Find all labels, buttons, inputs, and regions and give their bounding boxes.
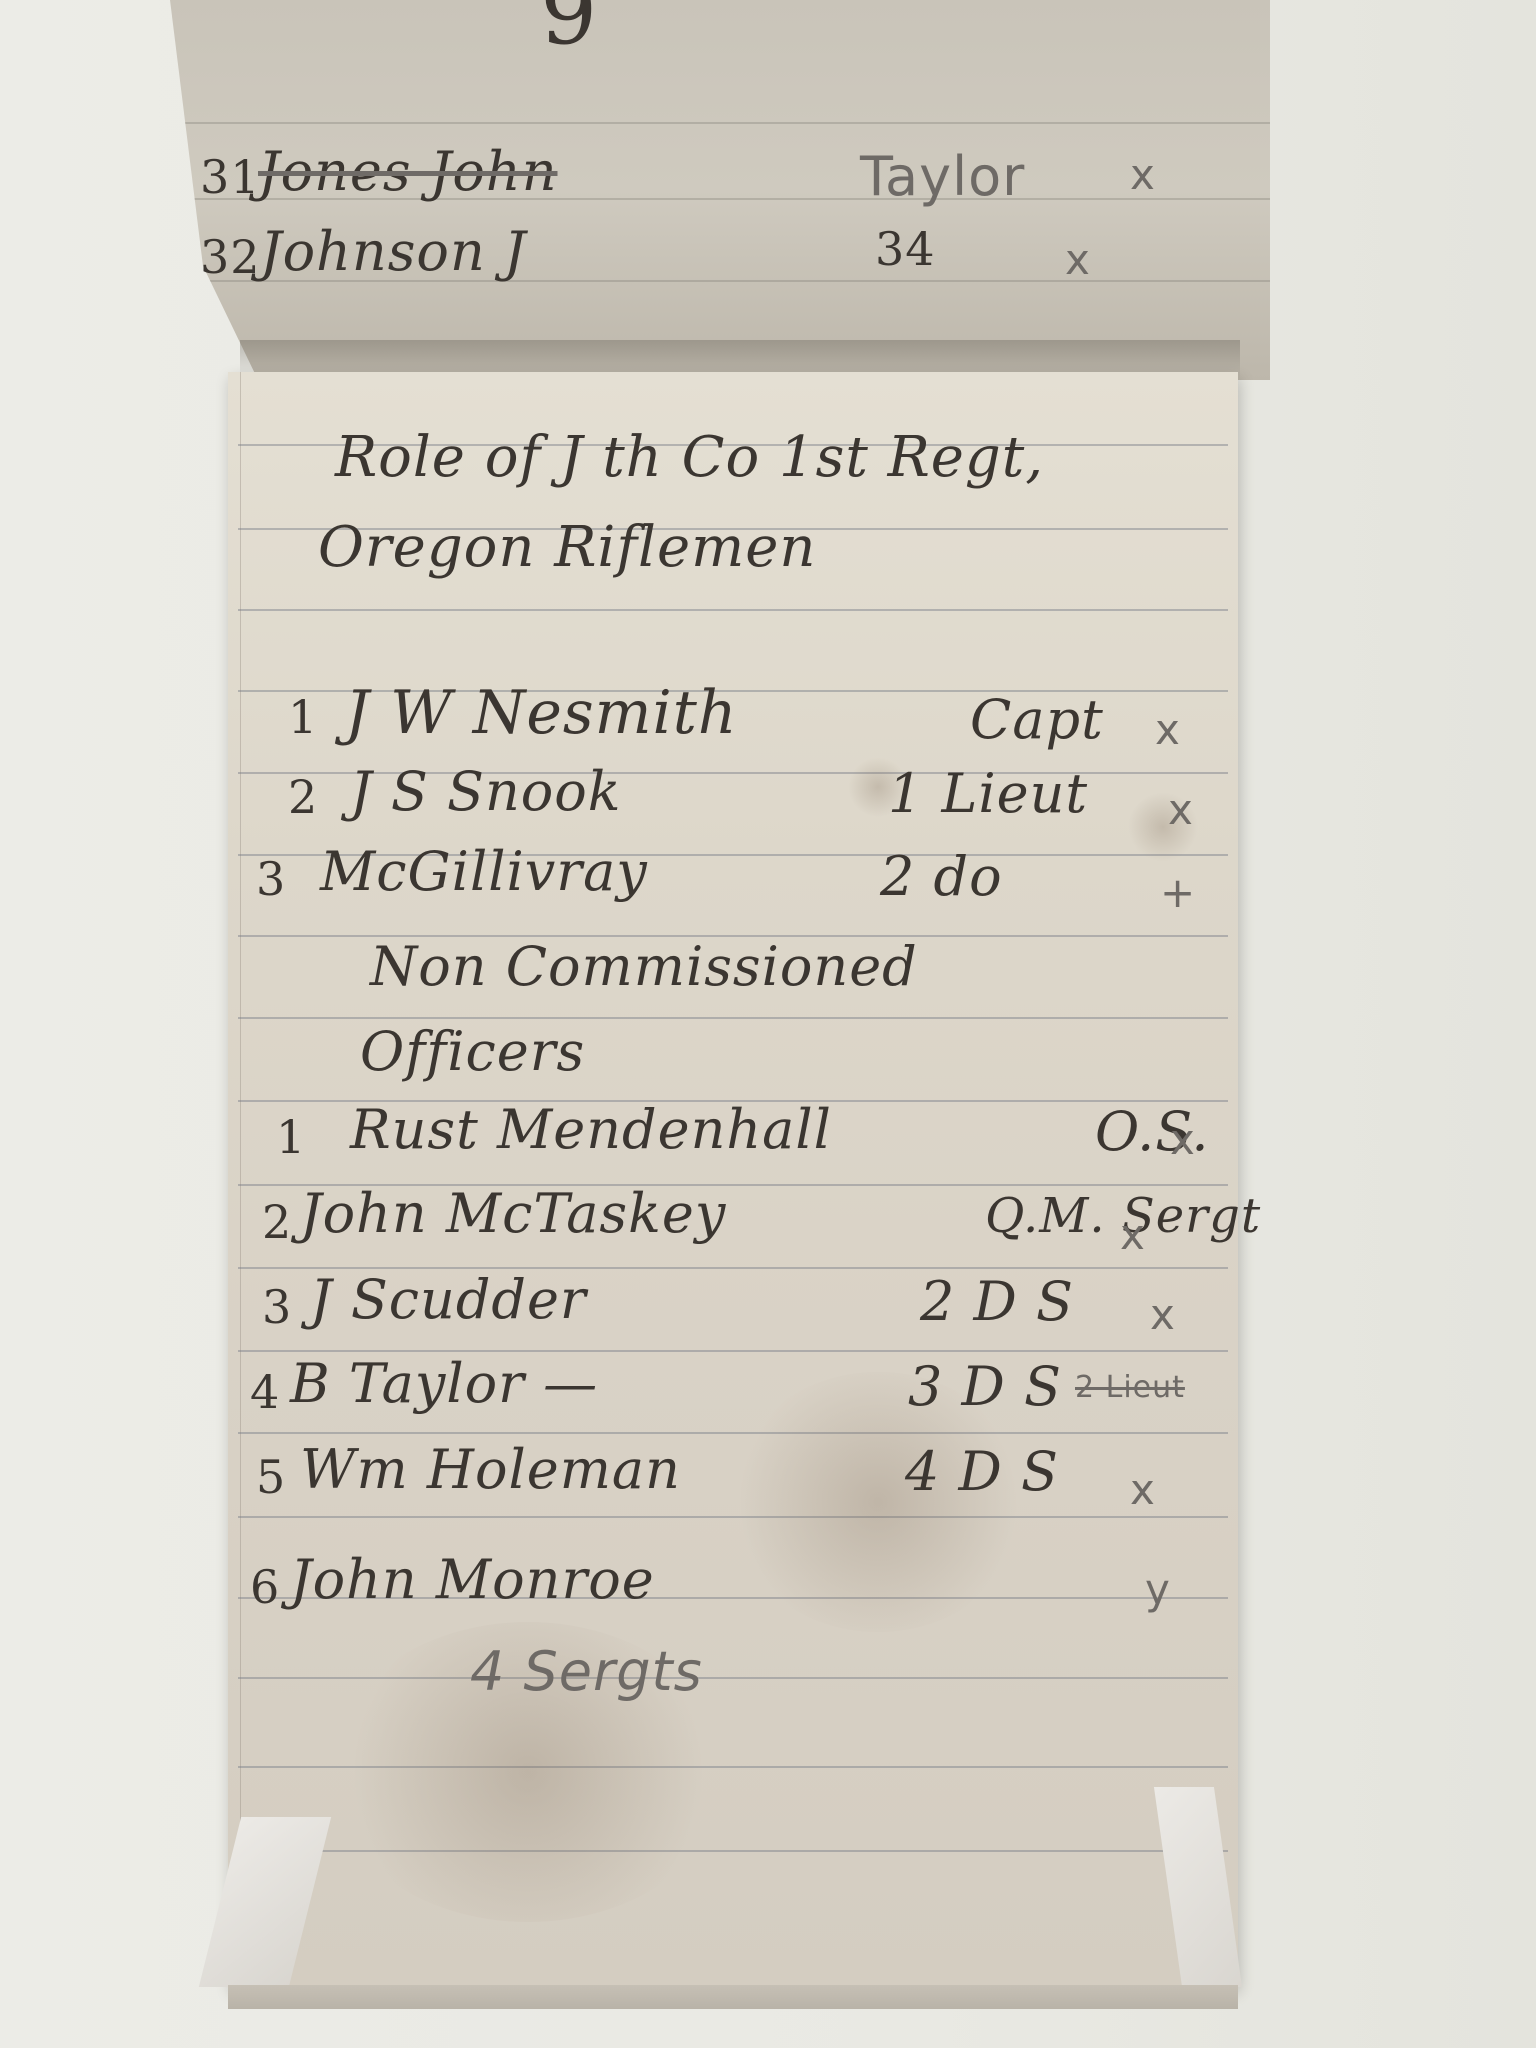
roll-page [228, 372, 1238, 1987]
nco-number: 3 [262, 1280, 292, 1334]
nco-number: 2 [262, 1195, 292, 1249]
ruled-line [170, 122, 1270, 124]
ruled-line [238, 609, 1228, 611]
nco-name: Wm Holeman [300, 1438, 681, 1501]
entry-rank: 34 [875, 222, 936, 276]
entry-number: 31 [200, 150, 261, 204]
nco-name: John McTaskey [300, 1182, 726, 1245]
nco-mark: x [1170, 1115, 1196, 1164]
nco-name: B Taylor — [290, 1352, 598, 1415]
sergeant-count-note: 4 Sergts [470, 1640, 703, 1703]
nco-rank: 3 D S [908, 1355, 1062, 1418]
entry-name: Jones John [258, 140, 558, 203]
entry-number: 32 [200, 230, 261, 284]
nco-number: 1 [276, 1110, 306, 1164]
roll-title-line1: Role of J th Co 1st Regt, [335, 425, 1044, 490]
officer-number: 1 [288, 690, 318, 744]
entry-name: Johnson J [260, 220, 527, 283]
section-heading-line2: Officers [360, 1020, 585, 1083]
nco-name: John Monroe [290, 1548, 655, 1611]
ruled-line [238, 1432, 1228, 1434]
officer-mark: x [1168, 785, 1194, 834]
entry-mark: x [1065, 235, 1091, 284]
ruled-line [238, 1017, 1228, 1019]
nco-mark: y [1145, 1565, 1171, 1614]
nco-rank: 2 D S [920, 1270, 1074, 1333]
nco-mark: x [1130, 1465, 1156, 1514]
officer-rank: 1 Lieut [888, 762, 1088, 825]
folded-corner [199, 1817, 331, 1987]
officer-rank: Capt [970, 688, 1104, 751]
section-heading-line1: Non Commissioned [370, 935, 918, 998]
nco-mark: x [1150, 1290, 1176, 1339]
nco-number: 4 [250, 1365, 280, 1419]
officer-name: J S Snook [350, 760, 622, 823]
entry-mark: x [1130, 150, 1156, 199]
officer-mark: x [1155, 705, 1181, 754]
nco-number: 5 [256, 1450, 286, 1504]
page-stack-edge [228, 1985, 1238, 2009]
officer-number: 2 [288, 770, 318, 824]
nco-mark-struck: 2 Lieut [1075, 1370, 1185, 1405]
nco-rank: 4 D S [905, 1440, 1059, 1503]
officer-rank: 2 do [880, 845, 1003, 908]
nco-name: Rust Mendenhall [350, 1098, 832, 1161]
officer-name: J W Nesmith [345, 678, 738, 748]
nco-mark: x [1120, 1210, 1146, 1259]
officer-mark: + [1160, 868, 1196, 917]
nco-number: 6 [250, 1560, 280, 1614]
officer-number: 3 [256, 852, 286, 906]
roll-title-line2: Oregon Riflemen [318, 515, 816, 580]
margin-line [240, 372, 241, 1987]
nco-name: J Scudder [310, 1268, 587, 1331]
page-number: 9 [540, 0, 598, 65]
entry-rank: Taylor [860, 145, 1025, 208]
torn-corner [1154, 1787, 1242, 1987]
officer-name: McGillivray [320, 840, 648, 903]
